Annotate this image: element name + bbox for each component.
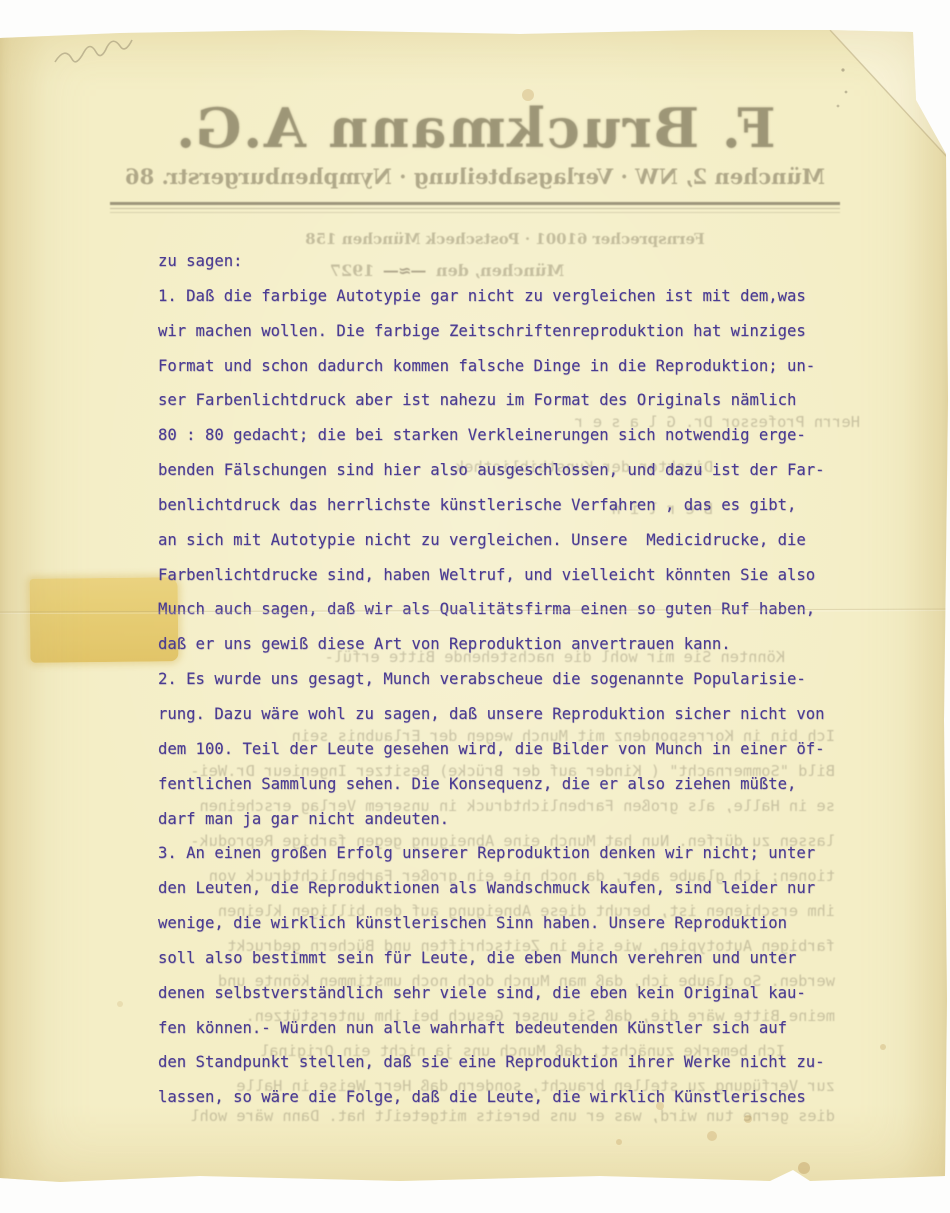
typed-line: Munch auch sagen, daß wir als Qualitätsf…: [158, 592, 942, 627]
letter-page: F. Bruckmann A.G. München 2, NW · Verlag…: [0, 0, 950, 1213]
typed-line: wenige, die wirklich künstlerischen Sinn…: [158, 906, 942, 941]
letterhead-address-line: München 2, NW · Verlagsabteilung · Nymph…: [0, 164, 950, 189]
typed-line: wir machen wollen. Die farbige Zeitschri…: [158, 314, 942, 349]
typed-line: Farbenlichtdrucke sind, haben Weltruf, u…: [158, 558, 942, 593]
typed-text-body: zu sagen:1. Daß die farbige Autotypie ga…: [158, 244, 942, 1115]
typed-line: an sich mit Autotypie nicht zu vergleich…: [158, 523, 942, 558]
typed-line: zu sagen:: [158, 244, 942, 279]
typed-line: soll also bestimmt sein für Leute, die e…: [158, 941, 942, 976]
typed-line: ser Farbenlichtdruck aber ist nahezu im …: [158, 383, 942, 418]
typed-line: denen selbstverständlich sehr viele sind…: [158, 976, 942, 1011]
typed-line: 2. Es wurde uns gesagt, Munch verabscheu…: [158, 662, 942, 697]
photo-background: F. Bruckmann A.G. München 2, NW · Verlag…: [0, 0, 950, 1213]
typed-line: benden Fälschungen sind hier also ausges…: [158, 453, 942, 488]
typed-line: 80 : 80 gedacht; die bei starken Verklei…: [158, 418, 942, 453]
letterhead-rule: [110, 202, 840, 215]
typed-line: Format und schon dadurch kommen falsche …: [158, 349, 942, 384]
tape-stain: [30, 577, 179, 663]
typed-line: den Leuten, die Reproduktionen als Wands…: [158, 871, 942, 906]
letterhead-company-name: F. Bruckmann A.G.: [0, 96, 950, 160]
fold-crease-corner: [830, 30, 950, 158]
typed-line: dem 100. Teil der Leute gesehen wird, di…: [158, 732, 942, 767]
typed-line: rung. Dazu wäre wohl zu sagen, daß unser…: [158, 697, 942, 732]
typed-line: daß er uns gewiß diese Art von Reprodukt…: [158, 627, 942, 662]
letterhead-bleedthrough: F. Bruckmann A.G. München 2, NW · Verlag…: [0, 0, 950, 280]
fold-crease-corner-line: [830, 30, 948, 158]
typed-line: 3. An einen großen Erfolg unserer Reprod…: [158, 836, 942, 871]
typed-line: lassen, so wäre die Folge, daß die Leute…: [158, 1080, 942, 1115]
typed-line: 1. Daß die farbige Autotypie gar nicht z…: [158, 279, 942, 314]
pencil-scribble: [55, 40, 132, 62]
typed-line: den Standpunkt stellen, daß sie eine Rep…: [158, 1045, 942, 1080]
typed-line: fen können.- Würden nun alle wahrhaft be…: [158, 1011, 942, 1046]
typed-line: benlichtdruck das herrlichste künstleris…: [158, 488, 942, 523]
typed-line: darf man ja gar nicht andeuten.: [158, 802, 942, 837]
typed-line: fentlichen Sammlung sehen. Die Konsequen…: [158, 767, 942, 802]
